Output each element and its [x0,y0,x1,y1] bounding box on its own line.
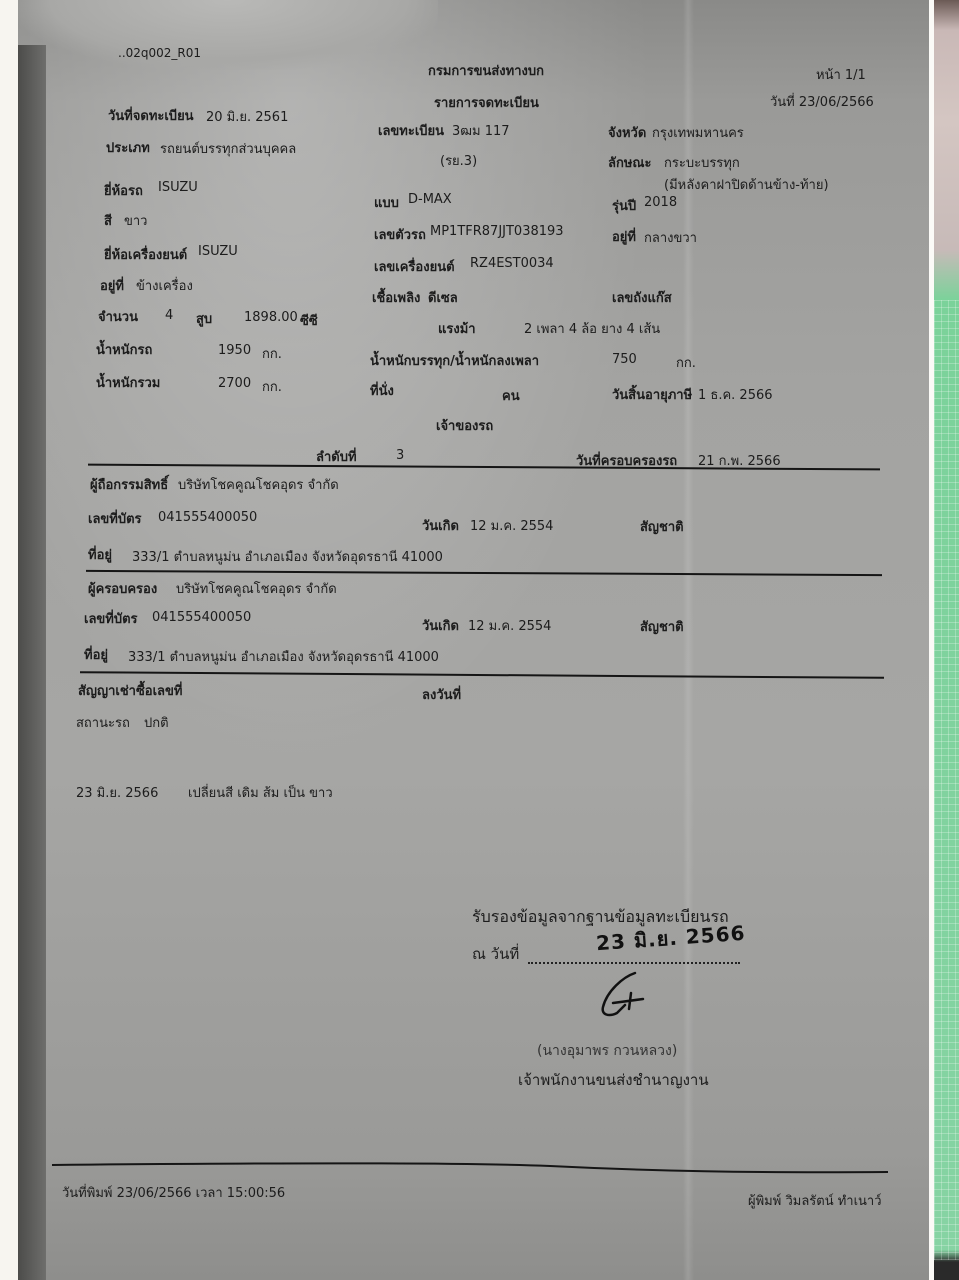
reg-date: 20 มิ.ย. 2561 [206,106,288,127]
engine-pos-label: อยู่ที่ [100,275,124,296]
province-label: จังหวัด [608,122,646,143]
owner-section-title: เจ้าของรถ [436,415,493,436]
load-label: น้ำหนักบรรทุก/น้ำหนักลงเพลา [370,350,539,371]
possessor-dob-label: วันเกิด [422,615,459,636]
color-label: สี [104,210,112,231]
tax-expiry: 1 ธ.ค. 2566 [698,384,773,405]
engine-cc: 1898.00 [244,310,298,325]
history-note: เปลี่ยนสี เดิม ส้ม เป็น ขาว [188,782,333,803]
possessor-address-label: ที่อยู่ [84,644,108,665]
load-unit: กก. [676,352,696,373]
footer-divider [50,1160,890,1176]
sign-date-label: ลงวันที่ [422,684,461,705]
plate-code: (รย.3) [440,150,477,171]
print-date: วันที่พิมพ์ 23/06/2566 เวลา 15:00:56 [62,1182,285,1203]
card-number: 041555400050 [158,510,257,525]
chassis-pos-label: อยู่ที่ [612,226,636,247]
dob: 12 ม.ค. 2554 [470,515,553,536]
possessor-nationality-label: สัญชาติ [640,616,684,637]
department-title: กรมการขนส่งทางบก [428,60,544,81]
fuel: ดีเซล [428,287,458,308]
vehicle-status: ปกติ [144,712,169,733]
year-label: รุ่นปี [612,195,636,216]
form-code: ..02q002_R01 [118,46,201,60]
date-dotted-line [528,962,740,964]
possessor-card-number: 041555400050 [152,610,251,625]
weight: 1950 [218,343,251,358]
background-green-surface [934,0,959,1280]
body: กระบะบรรทุก [664,152,740,173]
reg-date-label: วันที่จดทะเบียน [108,105,194,126]
officer-name: (นางอุมาพร กวนหลวง) [537,1040,677,1062]
report-date: วันที่ 23/06/2566 [770,91,874,112]
gross-weight-label: น้ำหนักรวม [96,372,160,393]
engine-number: RZ4EST0034 [470,256,554,271]
province: กรุงเทพมหานคร [652,122,744,143]
seats-label: ที่นั่ง [370,380,394,401]
possessor: บริษัทโชคคูณโชคอุดร จำกัด [176,578,337,599]
address-label: ที่อยู่ [88,544,112,565]
certification-date-label: ณ วันที่ [472,942,519,966]
engine-brand: ISUZU [198,244,238,259]
nationality-label: สัญชาติ [640,516,684,537]
possessor-card-label: เลขที่บัตร [84,608,138,629]
body-note: (มีหลังคาฝาปิดด้านข้าง-ท้าย) [664,174,829,195]
officer-title: เจ้าพนักงานขนส่งชำนาญงาน [518,1068,709,1092]
chassis-label: เลขตัวรถ [374,224,426,245]
type: รถยนต์บรรทุกส่วนบุคคล [160,138,296,159]
type-label: ประเภท [106,137,150,158]
gross-weight: 2700 [218,376,251,391]
year: 2018 [644,195,677,210]
color: ขาว [124,210,148,231]
model-label: แบบ [374,192,399,213]
dob-label: วันเกิด [422,515,459,536]
chassis-pos: กลางขวา [644,227,697,248]
legal-owner: บริษัทโชคคูณโชคอุดร จำกัด [178,474,339,495]
engine-brand-label: ยี่ห้อเครื่องยนต์ [104,244,187,265]
report-title: รายการจดทะเบียน [434,92,539,113]
printer-name: ผู้พิมพ์ วิมลรัตน์ ทำเนาว์ [748,1190,882,1211]
brand: ISUZU [158,180,198,195]
tax-expiry-label: วันสิ้นอายุภาษี [612,384,692,405]
engine-pos: ข้างเครื่อง [136,275,193,296]
gas-tank-label: เลขถังแก๊ส [612,287,672,308]
order: 3 [396,448,404,463]
paper-curl [18,0,438,70]
model: D-MAX [408,192,452,207]
status-label: สถานะรถ [76,712,130,733]
history-date: 23 มิ.ย. 2566 [76,782,158,803]
possessor-address: 333/1 ตำบลหนูม่น อำเภอเมือง จังหวัดอุดรธ… [128,646,439,667]
order-label: ลำดับที่ [316,446,357,467]
brand-label: ยี่ห้อรถ [104,180,143,201]
cc-unit: ซีซี [300,310,318,331]
plate: 3ฒม 117 [452,120,510,141]
left-margin [0,0,18,1280]
cylinders: 4 [165,308,173,323]
page-number: หน้า 1/1 [816,64,866,85]
horsepower-label: แรงม้า [438,318,476,339]
plate-label: เลขทะเบียน [378,120,444,141]
legal-owner-label: ผู้ถือกรรมสิทธิ์ [90,474,168,495]
body-label: ลักษณะ [608,152,651,173]
load: 750 [612,352,637,367]
seats-unit: คน [502,385,520,406]
hire-purchase-label: สัญญาเช่าซื้อเลขที่ [78,680,182,701]
engine-no-label: เลขเครื่องยนต์ [374,256,455,277]
axles: 2 เพลา 4 ล้อ ยาง 4 เส้น [524,318,660,339]
possessor-dob: 12 ม.ค. 2554 [468,615,551,636]
weight-label: น้ำหนักรถ [96,339,152,360]
cylinders-label: จำนวน [98,306,138,327]
signature [595,965,655,1025]
card-label: เลขที่บัตร [88,508,142,529]
address: 333/1 ตำบลหนูม่น อำเภอเมือง จังหวัดอุดรธ… [132,546,443,567]
cylinders-unit: สูบ [196,308,212,329]
possessor-label: ผู้ครอบครอง [88,578,157,599]
weight-unit: กก. [262,343,282,364]
chassis-number: MP1TFR87JJT038193 [430,224,564,239]
gross-weight-unit: กก. [262,376,282,397]
fuel-label: เชื้อเพลิง [372,287,420,308]
